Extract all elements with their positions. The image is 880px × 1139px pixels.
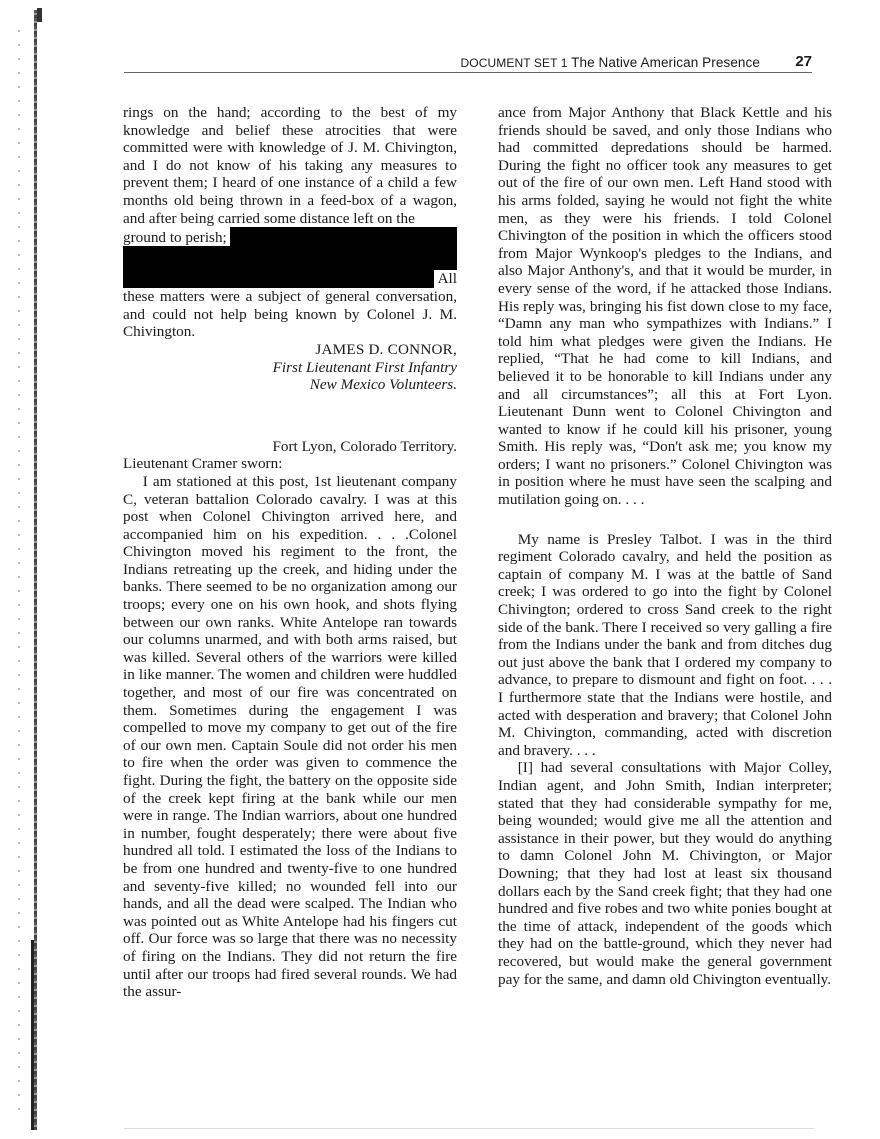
- cramer-testimony-continued: ance from Major Anthony that Black Kettl…: [498, 104, 832, 509]
- document-set-label: DOCUMENT SET 1: [461, 56, 568, 70]
- redaction-box: [230, 227, 457, 246]
- running-header-title: DOCUMENT SET 1 The Native American Prese…: [461, 55, 760, 70]
- left-column: rings on the hand; according to the best…: [123, 104, 457, 1001]
- section-title: The Native American Presence: [571, 55, 760, 70]
- scan-edge-marks: [18, 30, 20, 1110]
- cramer-testimony-text: I am stationed at this post, 1st lieuten…: [123, 473, 457, 1001]
- signature-name: JAMES D. CONNOR,: [123, 341, 457, 359]
- connor-testimony-text: rings on the hand; according to the best…: [123, 104, 457, 227]
- redaction-trailing-word: All: [434, 270, 457, 288]
- book-spine-mark: [37, 8, 42, 22]
- right-column: ance from Major Anthony that Black Kettl…: [498, 104, 832, 988]
- signature-unit: New Mexico Volunteers.: [123, 376, 457, 394]
- signature-title: First Lieutenant First Infantry: [123, 359, 457, 377]
- connor-testimony-closing: these matters were a subject of general …: [123, 288, 457, 341]
- page-bottom-edge: [124, 1128, 814, 1129]
- running-header: DOCUMENT SET 1 The Native American Prese…: [124, 52, 812, 72]
- talbot-testimony-paragraph: My name is Presley Talbot. I was in the …: [498, 531, 832, 760]
- book-spine-shadow-bottom: [31, 940, 34, 1130]
- redaction-box: [123, 246, 457, 270]
- book-spine-shadow: [34, 10, 37, 1130]
- page-number: 27: [795, 53, 812, 70]
- talbot-testimony-paragraph: [I] had several consultations with Major…: [498, 759, 832, 988]
- redacted-passage: ground to perish; All: [123, 227, 457, 288]
- header-rule: [124, 72, 812, 73]
- testimony-location: Fort Lyon, Colorado Territory.: [123, 438, 457, 456]
- witness-sworn-line: Lieutenant Cramer sworn:: [123, 455, 457, 473]
- connor-testimony-text-cont: ground to perish;: [123, 229, 227, 247]
- redaction-box: [123, 270, 434, 288]
